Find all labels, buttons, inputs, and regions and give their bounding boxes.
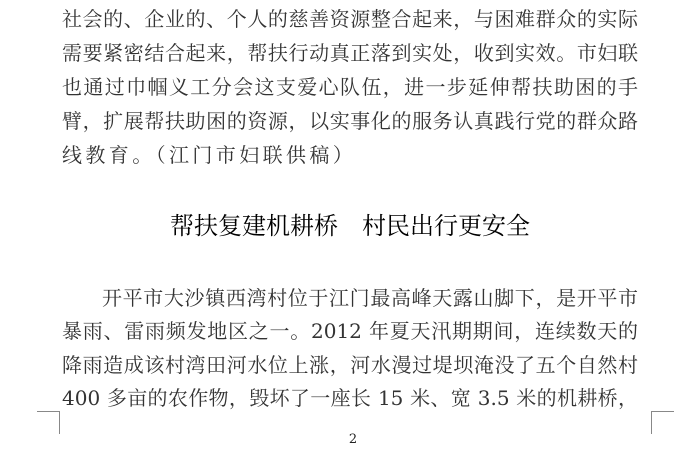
paragraph-line: 社会的、企业的、个人的慈善资源整合起来，与困难群众的实际: [62, 2, 638, 36]
paragraph-line: 降雨造成该村湾田河水位上涨，河水漫过堤坝淹没了五个自然村: [62, 348, 638, 382]
paragraph-line: 线教育。（江门市妇联供稿）: [62, 138, 638, 172]
document-page: 社会的、企业的、个人的慈善资源整合起来，与困难群众的实际 需要紧密结合起来，帮扶…: [0, 0, 700, 452]
paragraph-line: 需要紧密结合起来，帮扶行动真正落到实处，收到实效。市妇联: [62, 36, 638, 70]
paragraph-line: 也通过巾帼义工分会这支爱心队伍，进一步延伸帮扶助困的手: [62, 70, 638, 104]
article-title: 帮扶复建机耕桥 村民出行更安全: [0, 206, 700, 246]
paragraph-line: 臂，扩展帮扶助困的资源，以实事化的服务认真践行党的群众路: [62, 104, 638, 138]
paragraph-line: 开平市大沙镇西湾村位于江门最高峰天露山脚下，是开平市: [62, 281, 638, 315]
page-margin-corner-mark-right: [651, 411, 674, 434]
paragraph-line: 400 多亩的农作物，毁坏了一座长 15 米、宽 3.5 米的机耕桥，: [62, 381, 638, 415]
paragraph-line: 暴雨、雷雨频发地区之一。2012 年夏天汛期期间，连续数天的: [62, 314, 638, 348]
page-number: 2: [340, 430, 366, 450]
page-margin-corner-mark-left: [37, 411, 60, 434]
